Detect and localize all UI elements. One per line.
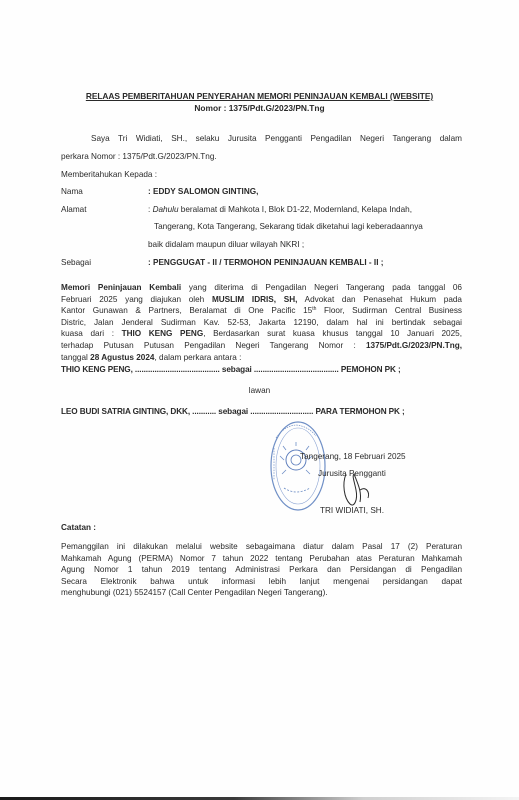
name-label: Nama: [61, 187, 83, 197]
case-number-bold: 1375/Pdt.G/2023/PN.Tng,: [366, 341, 462, 350]
document-title: RELAAS PEMBERITAHUAN PENYERAHAN MEMORI P…: [0, 91, 519, 101]
address-italic: Dahulu: [153, 205, 179, 214]
body-line-3: Kantor Gunawan & Partners, Beralamat di …: [61, 305, 462, 317]
body-line-7-b: , dalam perkara antara :: [154, 353, 241, 362]
intro-line-2: perkara Nomor : 1375/Pdt.G/2023/PN.Tng.: [61, 152, 217, 162]
signature-name: TRI WIDIATI, SH.: [320, 506, 384, 516]
notify-label: Memberitahukan Kepada :: [61, 170, 157, 180]
signature-place-date: Tangerang, 18 Februari 2025: [300, 452, 406, 462]
body-line-5: kuasa dari : THIO KENG PENG, Berdasarkan…: [61, 328, 462, 340]
role-value: : PENGGUGAT - II / TERMOHON PENINJAUAN K…: [148, 258, 383, 268]
notes-line-1: Pemanggilan ini dilakukan melalui websit…: [61, 541, 462, 553]
body-line-1-rest: yang diterima di Pengadilan Negeri Tange…: [181, 283, 462, 292]
body-line-4: Distric, Jalan Jenderal Sudirman Kav. 52…: [61, 317, 462, 329]
address-line-1-rest: beralamat di Mahkota I, Blok D1-22, Mode…: [179, 205, 412, 214]
body-line-7-a: tanggal: [61, 353, 90, 362]
body-line-2-a: Februari 2025 yang diajukan oleh: [61, 295, 212, 304]
versus-label: lawan: [0, 386, 519, 396]
body-line-7: tanggal 28 Agustus 2024, dalam perkara a…: [61, 352, 462, 364]
body-line-2-b: Advokat dan Penasehat Hukum pada: [297, 295, 462, 304]
court-seal-icon: [266, 418, 326, 518]
principal-name: THIO KENG PENG: [122, 329, 204, 338]
document-page: RELAAS PEMBERITAHUAN PENYERAHAN MEMORI P…: [0, 0, 519, 797]
notes-line-4: Secara Elektronik bahwa untuk informasi …: [61, 576, 462, 588]
document-number: Nomor : 1375/Pdt.G/2023/PN.Tng: [0, 103, 519, 113]
body-line-3-b: Floor, Sudirman Central Business: [316, 306, 462, 315]
body-line-2: Februari 2025 yang diajukan oleh MUSLIM …: [61, 294, 462, 306]
notes-paragraph: Pemanggilan ini dilakukan melalui websit…: [61, 541, 462, 599]
name-value: : EDDY SALOMON GINTING,: [148, 187, 258, 197]
intro-paragraph: Saya Tri Widiati, SH., selaku Jurusita P…: [61, 133, 462, 145]
address-line-2: Tangerang, Kota Tangerang, Sekarang tida…: [154, 222, 423, 232]
body-line-6-a: terhadap Putusan Putusan Pengadilan Nege…: [61, 341, 366, 350]
body-line-1: Memori Peninjauan Kembali yang diterima …: [61, 282, 462, 294]
address-line-1: : Dahulu beralamat di Mahkota I, Blok D1…: [148, 205, 412, 215]
address-label: Alamat: [61, 205, 86, 215]
memori-pk-bold: Memori Peninjauan Kembali: [61, 283, 181, 292]
body-line-5-b: , Berdasarkan surat kuasa khusus tanggal…: [203, 329, 462, 338]
address-line-3: baik didalam maupun diluar wilayah NKRI …: [148, 240, 304, 250]
body-paragraph: Memori Peninjauan Kembali yang diterima …: [61, 282, 462, 363]
signature-position: Jurusita Pengganti: [318, 469, 386, 479]
notes-line-5: menghubungi (021) 5524157 (Call Center P…: [61, 587, 462, 599]
verdict-date: 28 Agustus 2024: [90, 353, 154, 362]
notes-line-2: Mahkamah Agung (PERMA) Nomor 7 tahun 202…: [61, 553, 462, 565]
petitioner-line: THIO KENG PENG, ........................…: [61, 365, 401, 375]
body-line-6: terhadap Putusan Putusan Pengadilan Nege…: [61, 340, 462, 352]
body-line-3-a: Kantor Gunawan & Partners, Beralamat di …: [61, 306, 312, 315]
body-line-5-a: kuasa dari :: [61, 329, 122, 338]
advocate-name: MUSLIM IDRIS, SH,: [212, 295, 297, 304]
notes-line-3: Agung Nomor 1 tahun 2019 tentang Adminis…: [61, 564, 462, 576]
notes-heading: Catatan :: [61, 523, 96, 533]
intro-line-1: Saya Tri Widiati, SH., selaku Jurusita P…: [61, 133, 462, 145]
role-label: Sebagai: [61, 258, 91, 268]
respondent-line: LEO BUDI SATRIA GINTING, DKK, ..........…: [61, 407, 405, 417]
